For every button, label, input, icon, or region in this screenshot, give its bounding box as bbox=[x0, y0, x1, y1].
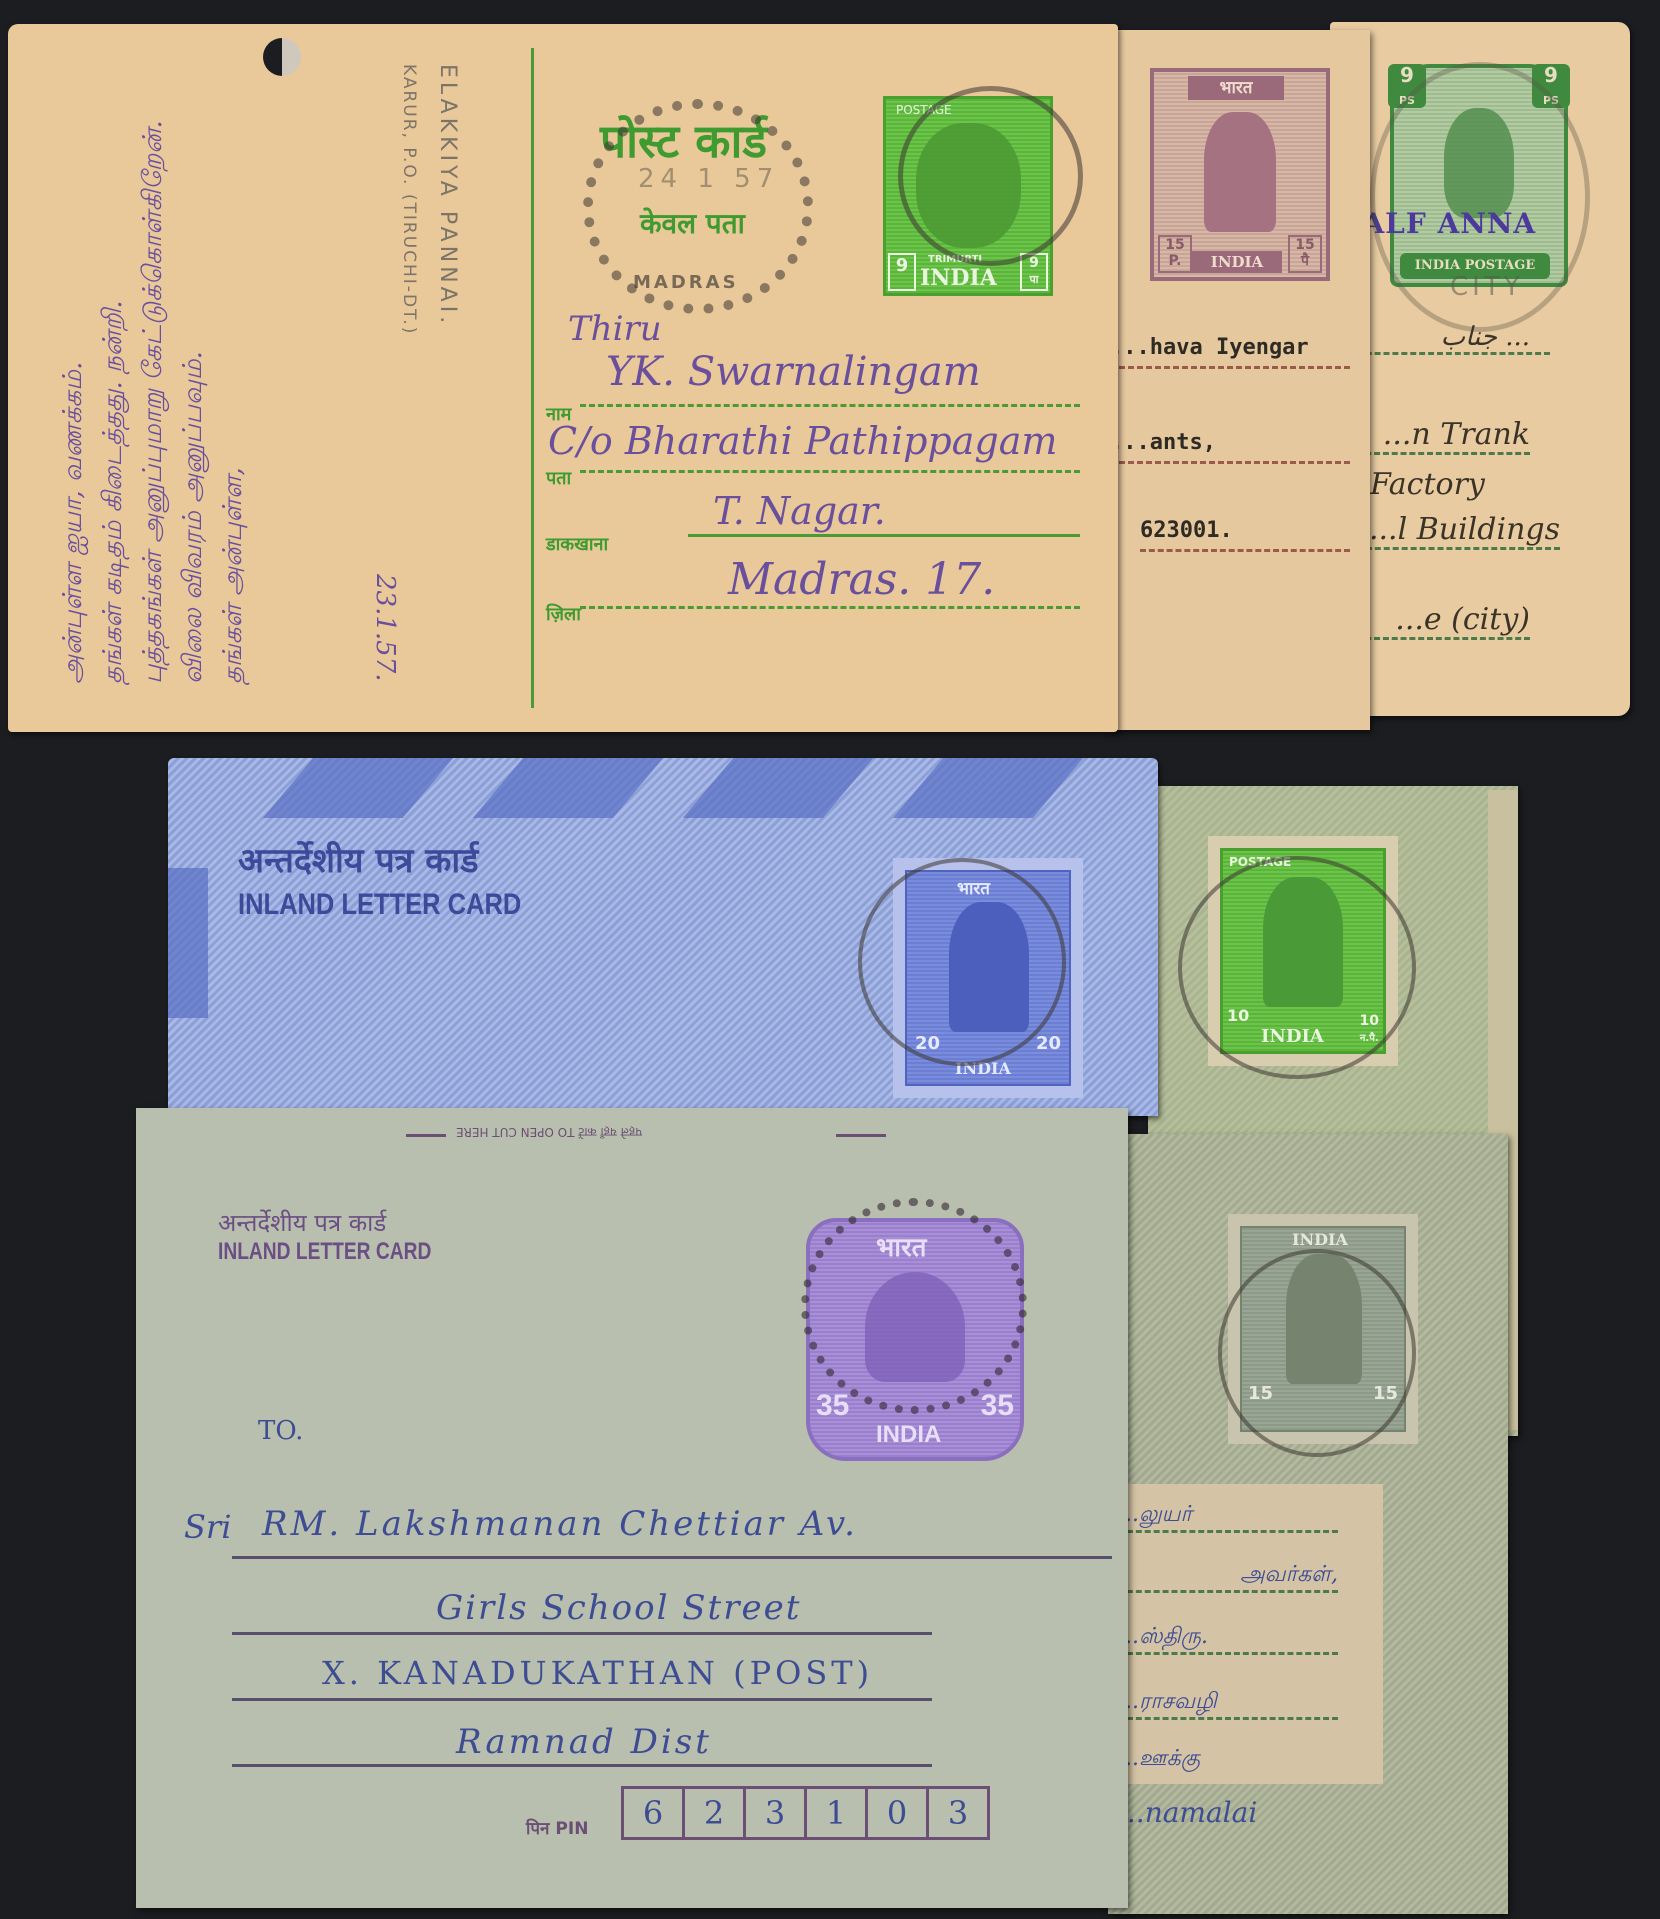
field-label-district: ज़िला bbox=[546, 602, 581, 626]
cut-instruction: पहले यहाँ काटें TO OPEN CUT HERE bbox=[456, 1124, 642, 1141]
tamil-message: அன்புள்ள ஐயா, வணக்கம். தங்கள் கடிதம் கிட… bbox=[53, 44, 253, 684]
address-salutation: Thiru bbox=[568, 309, 662, 349]
address-line bbox=[580, 468, 1080, 473]
cut-line-left bbox=[406, 1134, 446, 1137]
card-title-english: INLAND LETTER CARD bbox=[218, 1238, 431, 1266]
pin-code-boxes: 623103 bbox=[624, 1786, 990, 1840]
address-line-3: Factory bbox=[1370, 467, 1485, 502]
field-label-post-office: डाकखाना bbox=[546, 532, 608, 556]
address-line-2: Girls School Street bbox=[436, 1588, 801, 1628]
tamil-address-line-1: ...லுயர் bbox=[1118, 1502, 1338, 1533]
stamp-label: INDIA bbox=[1192, 251, 1282, 273]
stamp-header: भारत bbox=[1188, 76, 1284, 100]
address-rule-2 bbox=[232, 1632, 932, 1635]
address-english-fragment: ...namalai bbox=[1118, 1796, 1257, 1829]
to-label: TO. bbox=[258, 1416, 303, 1446]
pin-digit: 3 bbox=[743, 1786, 807, 1840]
tamil-address-line-2: அவர்கள், bbox=[1118, 1562, 1338, 1593]
inland-letter-card-blue: अन्तर्देशीय पत्र कार्ड INLAND LETTER CAR… bbox=[168, 758, 1158, 1116]
sender-stamp: ELAKKIYA PANNAI. KARUR, P.O. (TIRUCHI-DT… bbox=[399, 64, 460, 335]
inland-letter-card-grey: पहले यहाँ काटें TO OPEN CUT HERE अन्तर्द… bbox=[136, 1108, 1128, 1908]
address-line-3: T. Nagar. bbox=[713, 489, 886, 533]
sender-name: ELAKKIYA PANNAI. bbox=[435, 64, 460, 335]
blue-stripe bbox=[893, 758, 1083, 818]
stamp-label: INDIA bbox=[1292, 1230, 1348, 1249]
stamp-value-left: 15P. bbox=[1158, 235, 1192, 273]
ashoka-15p-stamp: भारत 15P. INDIA 15पै bbox=[1150, 68, 1330, 281]
card-divider bbox=[531, 48, 534, 708]
postmark-city: CITY bbox=[1450, 272, 1524, 302]
address-label-panel: ...லுயர் அவர்கள், ...ஸ்திரு. ...ராசவழி .… bbox=[1118, 1484, 1383, 1784]
tamil-address-line-5: ...ஊக்கு bbox=[1118, 1746, 1338, 1774]
field-label-address: पता bbox=[546, 466, 571, 490]
handwritten-date: 23.1.57. bbox=[370, 574, 400, 682]
inland-letter-card-sage: INDIA 15 15 ...லுயர் அவர்கள், ...ஸ்திரு.… bbox=[1108, 1134, 1508, 1914]
postmark-date: 24 1 57 bbox=[638, 164, 779, 194]
lion-capital-icon bbox=[1204, 112, 1276, 232]
blue-stripe bbox=[168, 868, 208, 1018]
postmark-city: MADRAS bbox=[633, 272, 739, 293]
stamp-value-left: 9 bbox=[888, 253, 916, 291]
blue-stripe bbox=[683, 758, 873, 818]
name-line bbox=[580, 402, 1080, 407]
stamp-label: INDIA bbox=[920, 265, 997, 291]
address-rule-4 bbox=[232, 1764, 932, 1767]
address-line-4: Ramnad Dist bbox=[456, 1722, 712, 1762]
stamp-label: INDIA bbox=[876, 1421, 941, 1449]
pin-digit: 3 bbox=[926, 1786, 990, 1840]
postcard-trimurti: அன்புள்ள ஐயா, வணக்கம். தங்கள் கடிதம் கிட… bbox=[8, 24, 1118, 732]
address-line-4: Madras. 17. bbox=[728, 554, 995, 605]
tamil-address-line-3: ...ஸ்திரு. bbox=[1118, 1624, 1338, 1655]
pin-digit: 2 bbox=[682, 1786, 746, 1840]
postmark bbox=[1178, 856, 1416, 1079]
postcard-kgvi: 9PS 9PS INDIA POSTAGE HALF ANNA CITY جنا… bbox=[1330, 22, 1630, 716]
address-line-2: C/o Bharathi Pathippagam bbox=[548, 419, 1057, 463]
address-name: RM. Lakshmanan Chettiar Av. bbox=[262, 1504, 858, 1544]
stamp-value-left: 35 bbox=[816, 1389, 849, 1423]
card-title-english: INLAND LETTER CARD bbox=[238, 888, 521, 922]
pin-label: पिन PIN bbox=[526, 1816, 588, 1839]
address-salutation: Sri bbox=[184, 1508, 231, 1546]
stamp-cancel-postmark bbox=[898, 86, 1083, 266]
pin-digit: 1 bbox=[804, 1786, 868, 1840]
postcard-ashoka-15p: भारत 15P. INDIA 15पै ...hava Iyengar ...… bbox=[1110, 30, 1370, 730]
card-title-hindi: अन्तर्देशीय पत्र कार्ड bbox=[238, 836, 478, 882]
blue-stripe bbox=[473, 758, 663, 818]
typed-address-line-2: ...ants, bbox=[1110, 430, 1350, 464]
typed-address-line-3: 623001. bbox=[1140, 518, 1350, 552]
stamp-value-right: 15पै bbox=[1288, 235, 1322, 273]
cut-line-right bbox=[836, 1134, 886, 1137]
district-line bbox=[580, 604, 1080, 609]
stamp-value-right: 20 bbox=[1036, 1033, 1061, 1054]
address-rule-3 bbox=[232, 1698, 932, 1701]
tamil-address-line-4: ...ராசவழி bbox=[1118, 1689, 1338, 1720]
address-line-3: X. KANADUKATHAN (POST) bbox=[322, 1654, 873, 1692]
pin-digit: 6 bbox=[621, 1786, 685, 1840]
sender-post-office: KARUR, P.O. (TIRUCHI-DT.) bbox=[399, 64, 419, 335]
address-rule-1 bbox=[232, 1556, 1112, 1559]
post-office-line bbox=[688, 534, 1080, 537]
typed-address-line-1: ...hava Iyengar bbox=[1110, 335, 1350, 369]
blue-stripe bbox=[263, 758, 453, 818]
postmark bbox=[1218, 1249, 1416, 1457]
card-title-hindi: अन्तर्देशीय पत्र कार्ड bbox=[218, 1206, 386, 1239]
pin-digit: 0 bbox=[865, 1786, 929, 1840]
address-name: YK. Swarnalingam bbox=[606, 349, 981, 395]
stamp-value-right: 35 bbox=[981, 1389, 1014, 1423]
postmark bbox=[858, 858, 1066, 1066]
punch-hole bbox=[263, 38, 301, 76]
postmark bbox=[801, 1198, 1027, 1414]
